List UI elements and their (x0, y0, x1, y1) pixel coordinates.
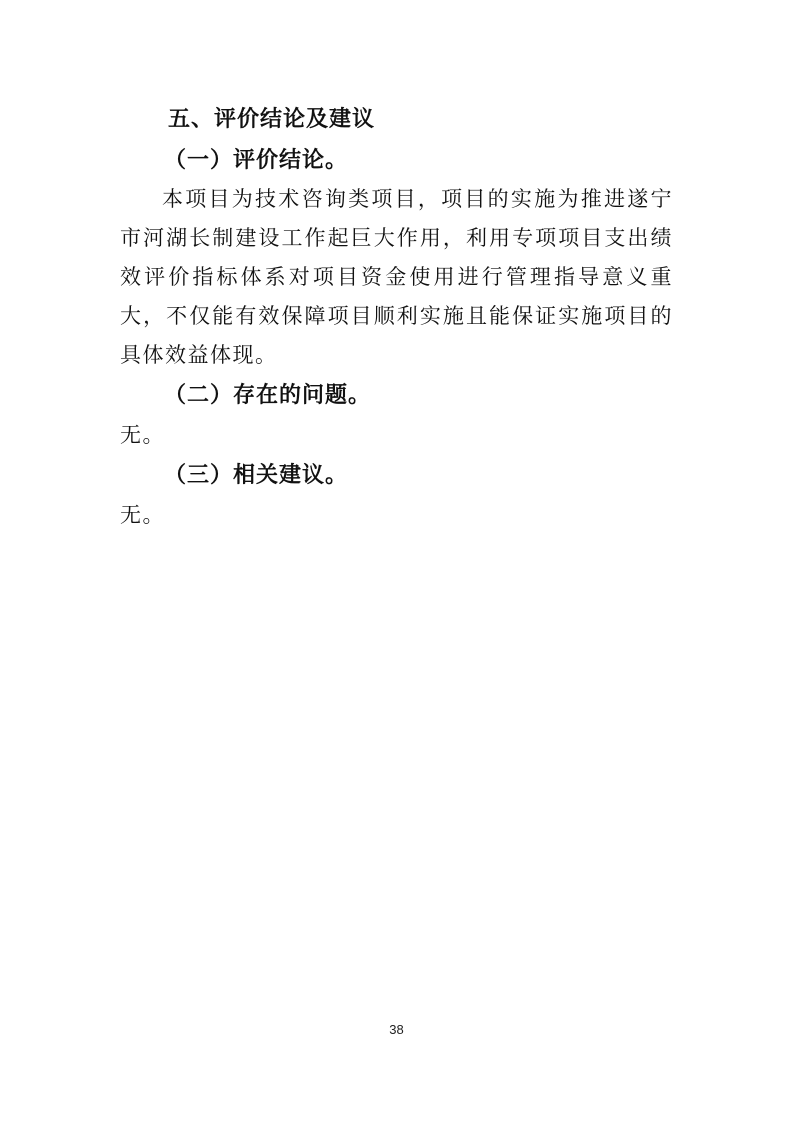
subsection-title-3: （三）相关建议。 (120, 455, 673, 495)
page-number: 38 (0, 1022, 793, 1037)
section-heading: 五、评价结论及建议 (120, 100, 673, 140)
subsection-body-3: 无。 (120, 495, 673, 535)
subsection-body-1: 本项目为技术咨询类项目，项目的实施为推进遂宁市河湖长制建设工作起巨大作用，利用专… (120, 180, 673, 375)
document-page: 五、评价结论及建议 （一）评价结论。 本项目为技术咨询类项目，项目的实施为推进遂… (0, 0, 793, 1122)
subsection-title-2: （二）存在的问题。 (120, 375, 673, 415)
subsection-title-1: （一）评价结论。 (120, 140, 673, 180)
subsection-body-2: 无。 (120, 415, 673, 455)
document-content: 五、评价结论及建议 （一）评价结论。 本项目为技术咨询类项目，项目的实施为推进遂… (120, 100, 673, 535)
